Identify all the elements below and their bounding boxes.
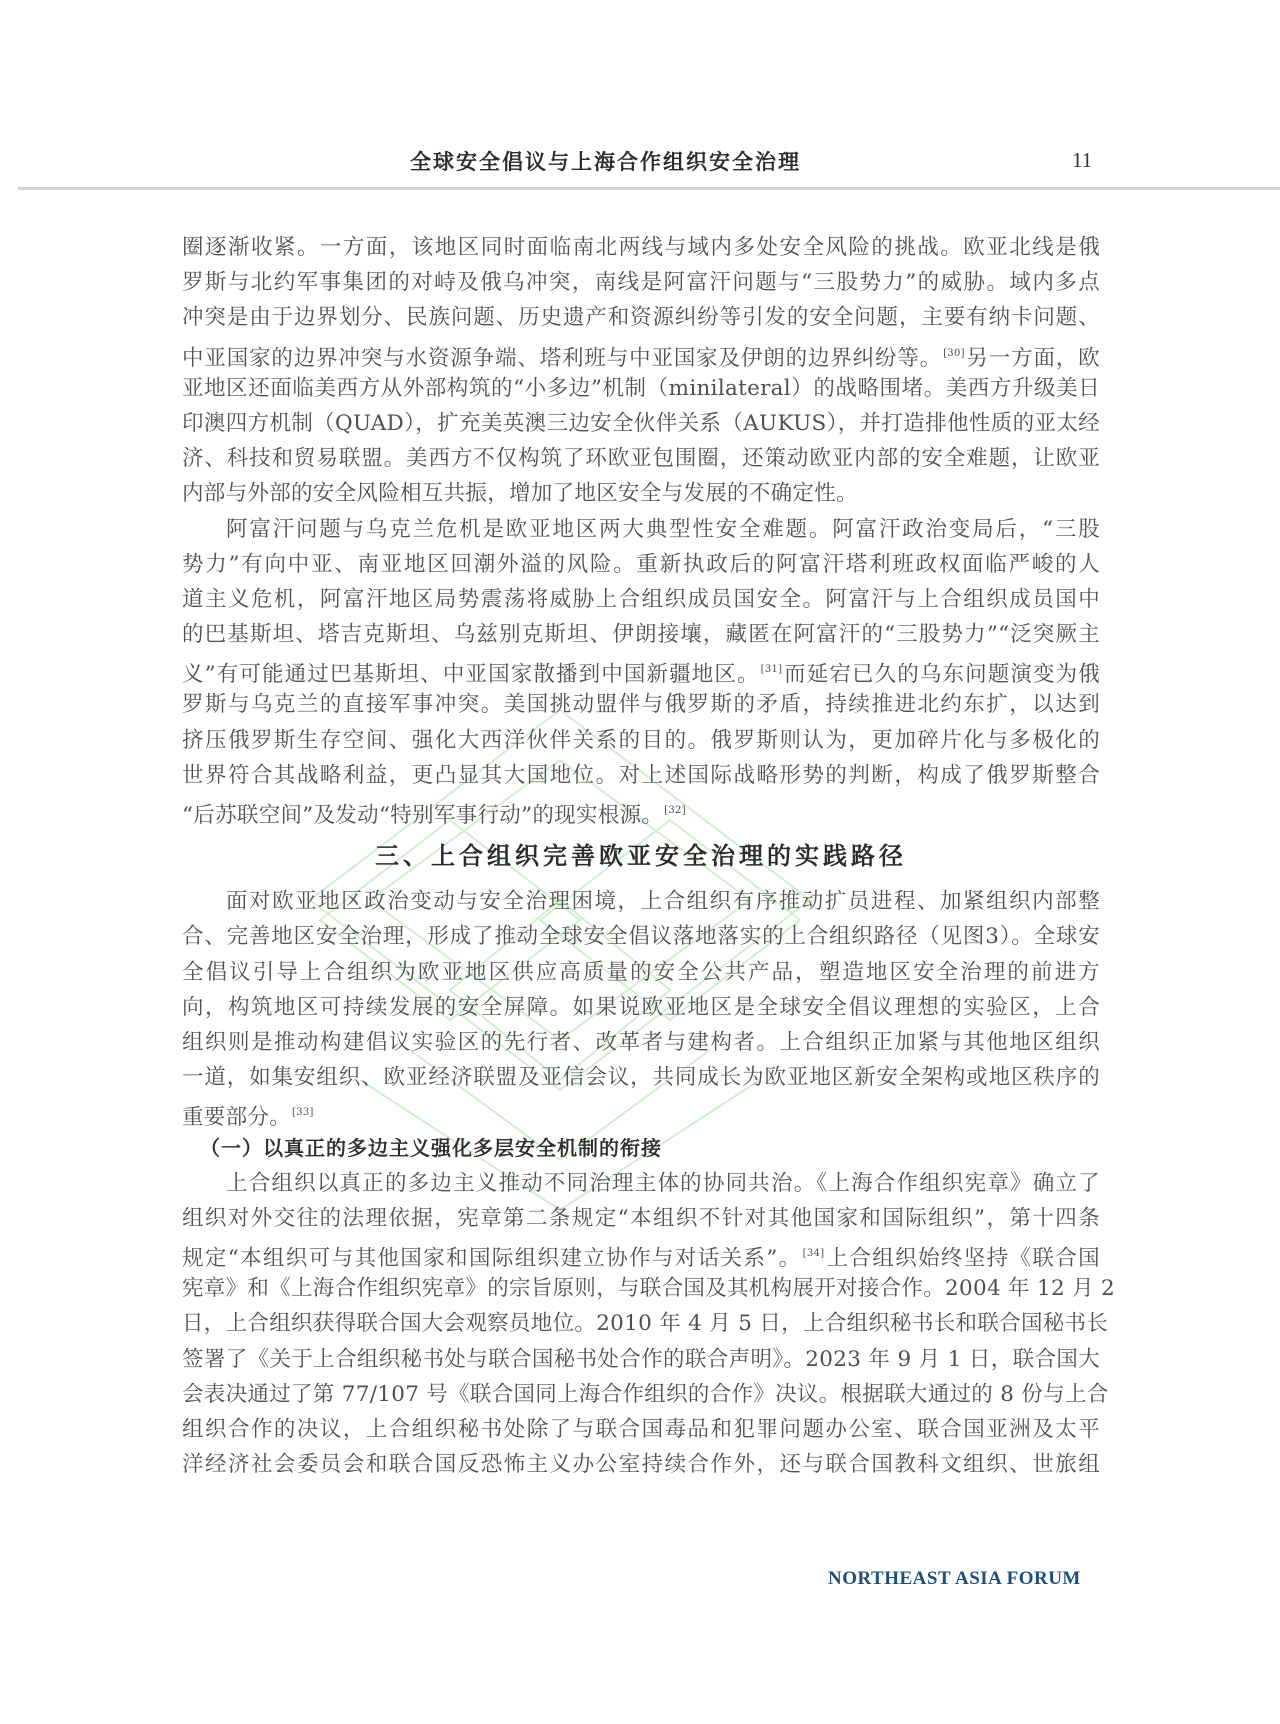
text-line: 日，上合组织获得联合国大会观察员地位。2010 年 4 月 5 日，上合组织秘书… [182, 1306, 1100, 1341]
running-header: 全球安全倡议与上海合作组织安全治理 11 [0, 146, 1280, 176]
citation-ref: [30] [943, 348, 965, 359]
header-divider [18, 187, 1280, 190]
text-line: 济、科技和贸易联盟。美西方不仅构筑了环欧亚包围圈，还策动欧亚内部的安全难题，让欧… [182, 441, 1100, 476]
text-line: 重要部分。[33] [182, 1095, 1100, 1130]
text-line: 组织则是推动构建倡议实验区的先行者、改革者与建构者。上合组织正加紧与其他地区组织 [182, 1025, 1100, 1060]
journal-name: NORTHEAST ASIA FORUM [828, 1568, 1081, 1590]
text-line: 阿富汗问题与乌克兰危机是欧亚地区两大典型性安全难题。阿富汗政治变局后，“三股 [182, 512, 1100, 547]
text-line: 圈逐渐收紧。一方面，该地区同时面临南北两线与域内多处安全风险的挑战。欧亚北线是俄 [182, 230, 1100, 265]
citation-ref: [34] [803, 1248, 825, 1259]
text-line: 宪章》和《上海合作组织宪章》的宗旨原则，与联合国及其机构展开对接合作。2004 … [182, 1271, 1100, 1306]
paragraph: 阿富汗问题与乌克兰危机是欧亚地区两大典型性安全难题。阿富汗政治变局后，“三股 势… [182, 512, 1100, 829]
text-line: 组织对外交往的法理依据，宪章第二条规定“本组织不针对其他国家和国际组织”，第十四… [182, 1201, 1100, 1236]
citation-ref: [33] [292, 1107, 314, 1118]
text-line: 向，构筑地区可持续发展的安全屏障。如果说欧亚地区是全球安全倡议理想的实验区，上合 [182, 990, 1100, 1025]
text-line: 内部与外部的安全风险相互共振，增加了地区安全与发展的不确定性。 [182, 476, 1100, 511]
section-heading: 三、上合组织完善欧亚安全治理的实践路径 [182, 828, 1100, 884]
paragraph: 面对欧亚地区政治变动与安全治理困境，上合组织有序推动扩员进程、加紧组织内部整 合… [182, 884, 1100, 1130]
article-body: 圈逐渐收紧。一方面，该地区同时面临南北两线与域内多处安全风险的挑战。欧亚北线是俄… [182, 230, 1100, 1482]
subsection-heading: （一）以真正的多边主义强化多层安全机制的衔接 [182, 1131, 1100, 1166]
running-title: 全球安全倡议与上海合作组织安全治理 [410, 146, 801, 176]
text-line: 世界符合其战略利益，更凸显其大国地位。对上述国际战略形势的判断，构成了俄罗斯整合 [182, 758, 1100, 793]
text-line: 道主义危机，阿富汗地区局势震荡将威胁上合组织成员国安全。阿富汗与上合组织成员国中 [182, 582, 1100, 617]
text-line: 组织合作的决议，上合组织秘书处除了与联合国毒品和犯罪问题办公室、联合国亚洲及太平 [182, 1412, 1100, 1447]
text-line: 上合组织以真正的多边主义推动不同治理主体的协同共治。《上海合作组织宪章》确立了 [182, 1166, 1100, 1201]
paragraph: 上合组织以真正的多边主义推动不同治理主体的协同共治。《上海合作组织宪章》确立了 … [182, 1166, 1100, 1483]
text-line: 义”有可能通过巴基斯坦、中亚国家散播到中国新疆地区。[31]而延宕已久的乌东问题… [182, 652, 1100, 687]
text-line: 挤压俄罗斯生存空间、强化大西洋伙伴关系的目的。俄罗斯则认为，更加碎片化与多极化的 [182, 723, 1100, 758]
text-line: 签署了《关于上合组织秘书处与联合国秘书处合作的联合声明》。2023 年 9 月 … [182, 1342, 1100, 1377]
text-line: 合、完善地区安全治理，形成了推动全球安全倡议落地落实的上合组织路径（见图3）。全… [182, 919, 1100, 954]
text-line: 罗斯与北约军事集团的对峙及俄乌冲突，南线是阿富汗问题与“三股势力”的威胁。域内多… [182, 265, 1100, 300]
citation-ref: [32] [664, 805, 686, 816]
text-line: 洋经济社会委员会和联合国反恐怖主义办公室持续合作外，还与联合国教科文组织、世旅组 [182, 1447, 1100, 1482]
text-line: 势力”有向中亚、南亚地区回潮外溢的风险。重新执政后的阿富汗塔利班政权面临严峻的人 [182, 547, 1100, 582]
text-line: 会表决通过了第 77/107 号《联合国同上海合作组织的合作》决议。根据联大通过… [182, 1377, 1100, 1412]
text-line: 亚地区还面临美西方从外部构筑的“小多边”机制（minilateral）的战略围堵… [182, 371, 1100, 406]
text-line: 规定“本组织可与其他国家和国际组织建立协作与对话关系”。[34]上合组织始终坚持… [182, 1236, 1100, 1271]
text-line: 面对欧亚地区政治变动与安全治理困境，上合组织有序推动扩员进程、加紧组织内部整 [182, 884, 1100, 919]
page-number: 11 [1072, 148, 1092, 173]
text-line: “后苏联空间”及发动“特别军事行动”的现实根源。[32] [182, 793, 1100, 828]
text-line: 冲突是由于边界划分、民族问题、历史遗产和资源纠纷等引发的安全问题，主要有纳卡问题… [182, 300, 1100, 335]
paragraph: 圈逐渐收紧。一方面，该地区同时面临南北两线与域内多处安全风险的挑战。欧亚北线是俄… [182, 230, 1100, 512]
text-line: 的巴基斯坦、塔吉克斯坦、乌兹别克斯坦、伊朗接壤，藏匿在阿富汗的“三股势力”“泛突… [182, 617, 1100, 652]
text-line: 印澳四方机制（QUAD），扩充美英澳三边安全伙伴关系（AUKUS），并打造排他性… [182, 406, 1100, 441]
text-line: 罗斯与乌克兰的直接军事冲突。美国挑动盟伴与俄罗斯的矛盾，持续推进北约东扩，以达到 [182, 687, 1100, 722]
citation-ref: [31] [761, 664, 783, 675]
text-line: 中亚国家的边界冲突与水资源争端、塔利班与中亚国家及伊朗的边界纠纷等。[30]另一… [182, 336, 1100, 371]
text-line: 全倡议引导上合组织为欧亚地区供应高质量的安全公共产品，塑造地区安全治理的前进方 [182, 955, 1100, 990]
text-line: 一道，如集安组织、欧亚经济联盟及亚信会议，共同成长为欧亚地区新安全架构或地区秩序… [182, 1060, 1100, 1095]
